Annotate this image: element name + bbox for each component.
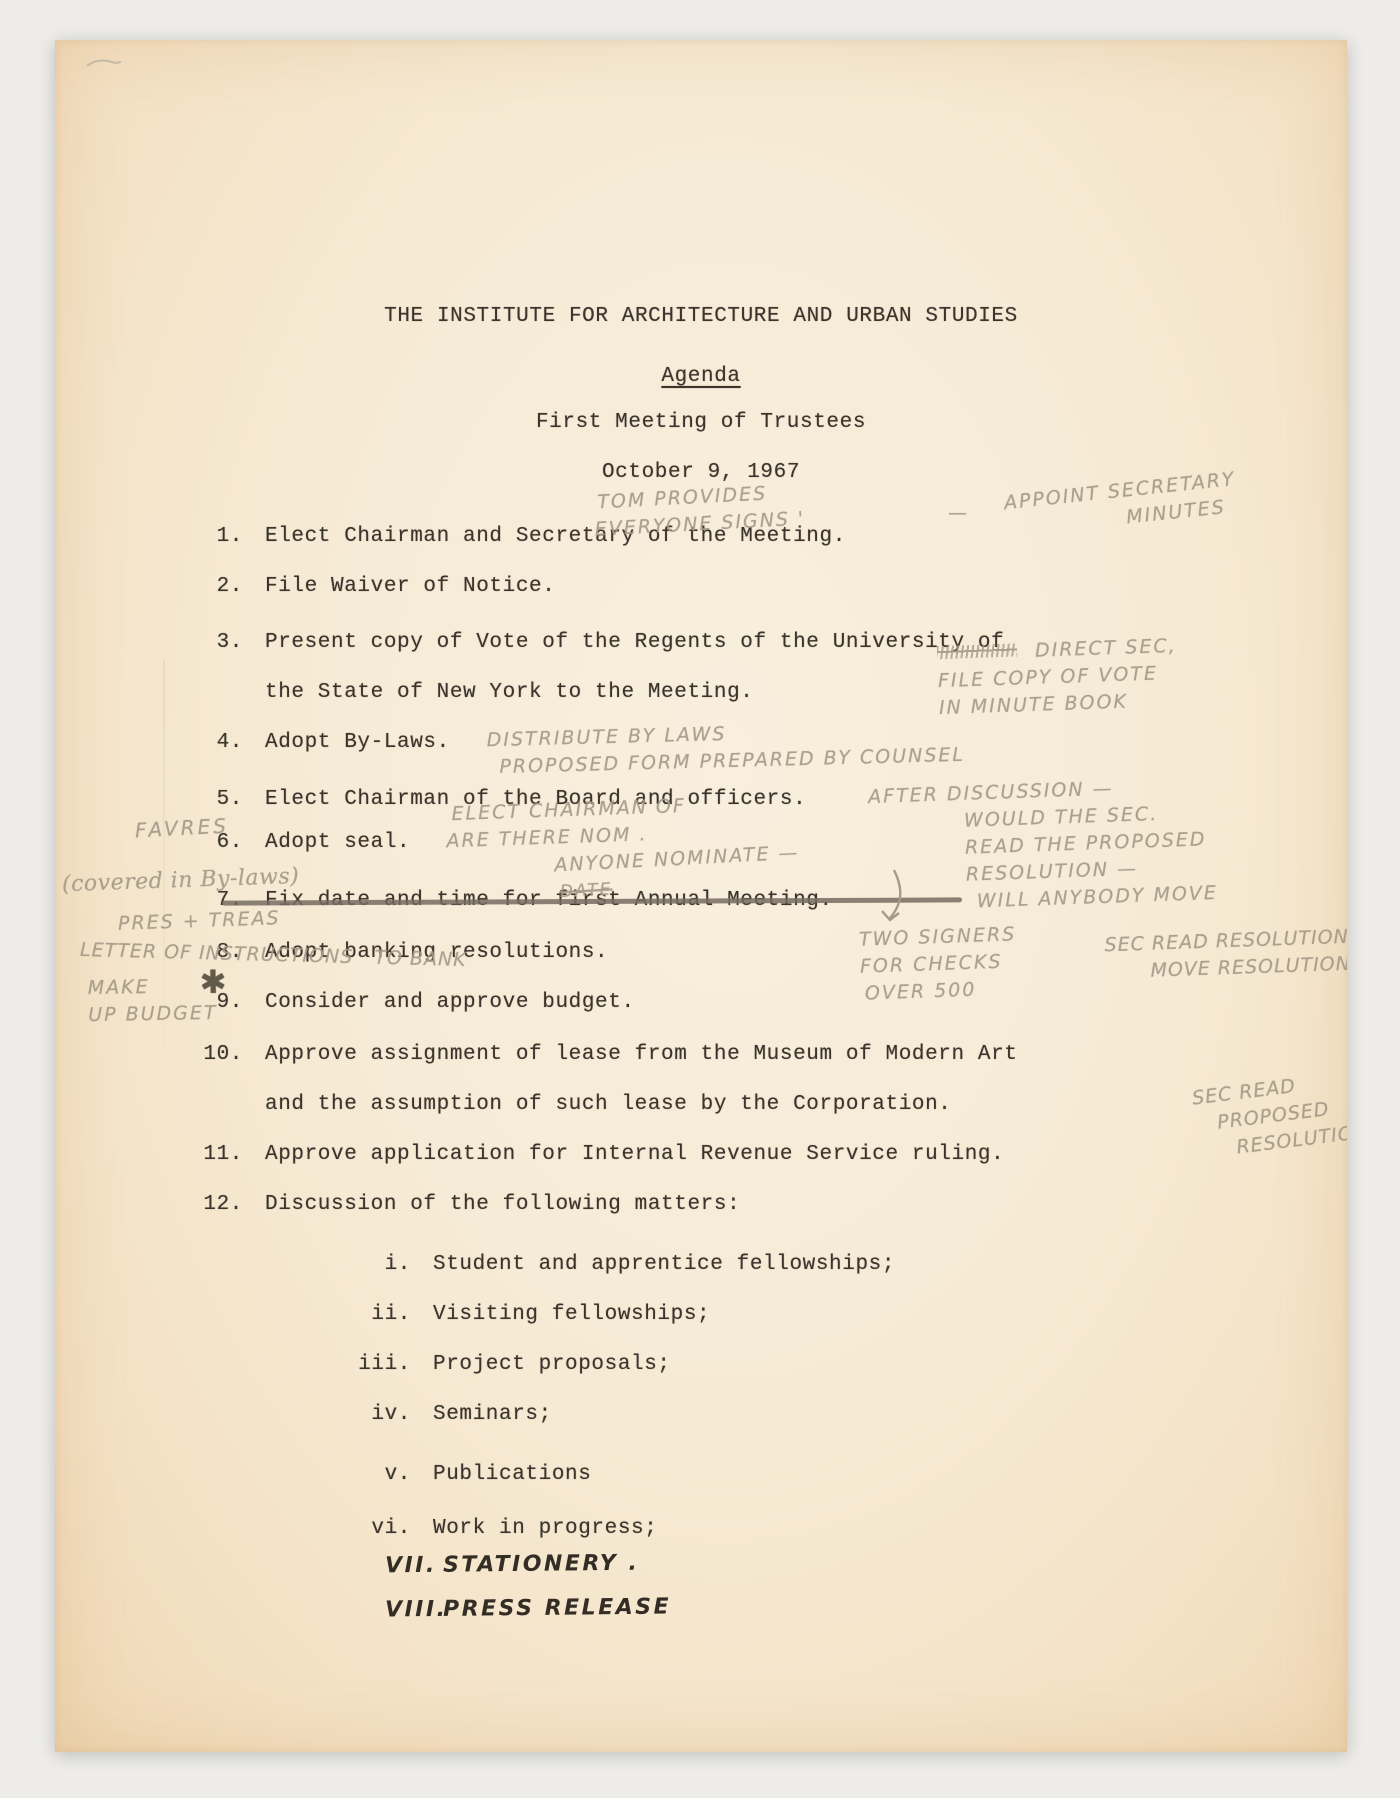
annotation-line: UP BUDGET [88,1000,218,1029]
annotation-line: PRES + TREAS [118,905,281,938]
agenda-sub-item: vi.Work in progress; [315,1514,657,1544]
item-number: 4. [195,728,243,758]
annotation-line: DIRECT SEC, [1035,635,1177,662]
item-number: ii. [315,1300,411,1330]
scan-background: THE INSTITUTE FOR ARCHITECTURE AND URBAN… [0,0,1400,1798]
item-number: 3. [195,628,243,658]
item-number: VII. [385,1551,443,1582]
stray-pencil-mark [85,56,125,72]
agenda-sub-item: v.Publications [315,1460,591,1490]
paper: THE INSTITUTE FOR ARCHITECTURE AND URBAN… [55,40,1347,1752]
annotation-line: MAKE [88,973,218,1002]
document-title: THE INSTITUTE FOR ARCHITECTURE AND URBAN… [111,302,1291,332]
agenda-item: 9.Consider and approve budget. [195,988,635,1018]
pencil-annotation-pres-treas: PRES + TREAS [118,905,281,938]
item-text: Work in progress; [433,1517,657,1540]
agenda-item: and the assumption of such lease by the … [195,1090,952,1120]
pencil-annotation-distribute-bylaws: DISTRIBUTE BY LAWS PROPOSED FORM PREPARE… [486,715,965,781]
pencil-annotation-tom-provides: TOM PROVIDES EVERYONE SIGNS ' [597,479,806,544]
agenda-item: 2.File Waiver of Notice. [195,572,555,602]
pencil-annotation-direct-sec: DIRECT SEC, FILE COPY OF VOTE IN MINUTE … [937,633,1179,722]
agenda-item: 10.Approve assignment of lease from the … [195,1040,1018,1070]
agenda-sub-item: iv.Seminars; [315,1400,552,1430]
pencil-annotation-after-discussion: AFTER DISCUSSION — WOULD THE SEC. READ T… [868,772,1219,919]
item-number: 10. [195,1040,243,1070]
pencil-down-arrow-icon [877,868,913,930]
item-text: Student and apprentice fellowships; [433,1253,895,1276]
agenda-heading: Agenda [111,362,1291,392]
item-text: Publications [433,1463,591,1486]
annotation-line: MOVE RESOLUTION [1150,951,1347,985]
pencil-annotation-elect-chairman: ELECT CHAIRMAN OF ARE THERE NOM . [451,793,687,855]
item-number: v. [315,1460,411,1490]
item-number: 5. [195,785,243,815]
item-number: 11. [195,1140,243,1170]
item-text: Project proposals; [433,1353,671,1376]
asterisk-mark: ✱ [199,969,226,996]
item-number: iv. [315,1400,411,1430]
item-number: i. [315,1250,411,1280]
item-number: 12. [195,1190,243,1220]
pencil-annotation-make-up-budget: MAKE UP BUDGET ✱ [88,973,218,1029]
item-number: 2. [195,572,243,602]
agenda-item: 4.Adopt By-Laws. [195,728,450,758]
annotation-line: FAVRES [134,813,229,845]
annotation-line: OVER 500 [865,975,1019,1007]
agenda-sub-item: ii.Visiting fellowships; [315,1300,710,1330]
item-text: and the assumption of such lease by the … [265,1093,952,1116]
pencil-annotation-favres: FAVRES [134,813,229,845]
handwritten-sub-item: VII.STATIONERY . [385,1549,640,1582]
annotation-line: FOR CHECKS [860,948,1018,980]
item-text: Discussion of the following matters: [265,1193,740,1216]
item-text: Adopt By-Laws. [265,731,450,754]
handwritten-sub-item: VIII.PRESS RELEASE [385,1593,671,1626]
item-text: the State of New York to the Meeting. [265,681,753,704]
item-text: PRESS RELEASE [443,1595,671,1622]
item-text: Approve application for Internal Revenue… [265,1143,1004,1166]
item-text: Visiting fellowships; [433,1303,710,1326]
item-number: vi. [315,1514,411,1544]
pencil-annotation-two-signers: TWO SIGNERS FOR CHECKS OVER 500 [859,921,1019,1007]
item-text: Present copy of Vote of the Regents of t… [265,631,1004,654]
item-text: Approve assignment of lease from the Mus… [265,1043,1018,1066]
agenda-heading-text: Agenda [661,365,740,388]
annotation-line: — [948,500,969,527]
item-text: Adopt seal. [265,831,410,854]
agenda-item: 11.Approve application for Internal Reve… [195,1140,1004,1170]
item-text: Seminars; [433,1403,552,1426]
agenda-sub-item: iii.Project proposals; [315,1350,671,1380]
item-text: Consider and approve budget. [265,991,635,1014]
pencil-annotation-dash: — [948,500,969,527]
item-number: 1. [195,522,243,552]
scribble-mark [937,643,1017,659]
agenda-item: 3.Present copy of Vote of the Regents of… [195,628,1004,658]
agenda-item: 12.Discussion of the following matters: [195,1190,740,1220]
item-number: VIII. [385,1595,443,1626]
agenda-item: the State of New York to the Meeting. [195,678,753,708]
pencil-annotation-sec-read-resolution: SEC READ RESOLUTION MOVE RESOLUTION [1104,924,1347,987]
agenda-sub-item: i.Student and apprentice fellowships; [315,1250,895,1280]
pencil-annotation-sec-read-proposed: SEC READ PROPOSED RESOLUTION [1191,1065,1347,1166]
item-number: iii. [315,1350,411,1380]
meeting-subtitle: First Meeting of Trustees [111,408,1291,438]
item-text: STATIONERY . [443,1551,640,1578]
item-text: File Waiver of Notice. [265,575,555,598]
